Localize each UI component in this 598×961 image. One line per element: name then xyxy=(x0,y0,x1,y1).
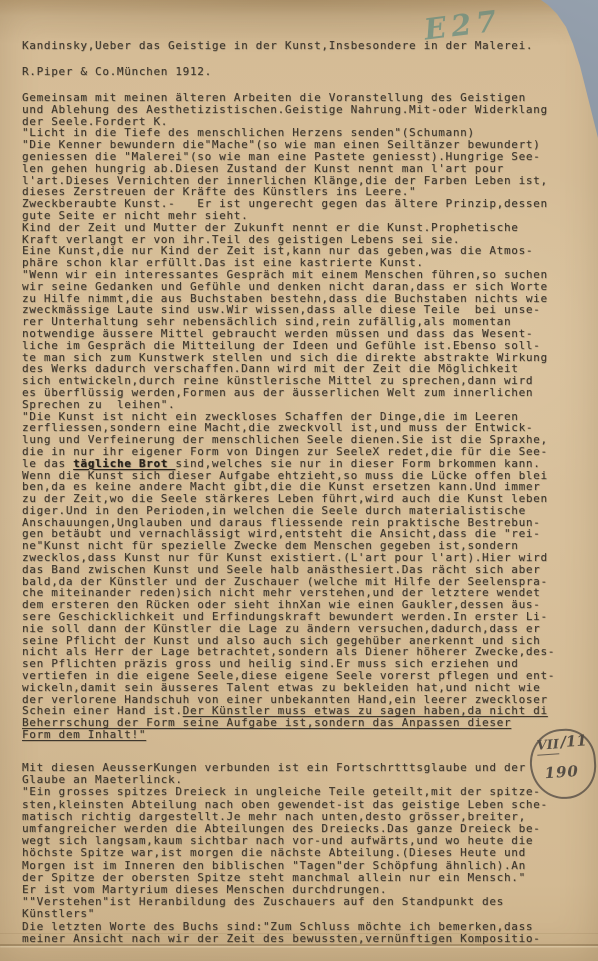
underlined-text: tägliche Brot xyxy=(73,457,175,470)
typewritten-line: gute Seite er nicht mehr sieht. xyxy=(22,210,555,222)
typewritten-line: notwendige äussere Mittel gebraucht werd… xyxy=(22,328,555,340)
text-segment: sind,welches sie nur in dieser Form brko… xyxy=(175,457,540,470)
typewritten-line: Sprechen zu leihen". xyxy=(22,399,555,411)
typewritten-line: Kind der Zeit und Mutter der Zukunft nen… xyxy=(22,222,555,234)
typewritten-line: le das tägliche Brot sind,welches sie nu… xyxy=(22,458,555,470)
body-paragraph-1: Gemeinsam mit meinen älteren Arbeiten di… xyxy=(22,92,555,741)
body-paragraph-2: Mit diesen AeusserKungen verbunden ist e… xyxy=(22,762,548,945)
imprint-line: R.Piper & Co.München 1912. xyxy=(22,66,212,78)
typewritten-line: "Ein grosses spitzes Dreieck in ungleich… xyxy=(22,786,548,798)
typewritten-line: höchste Spitze war,ist morgen die nächst… xyxy=(22,847,548,859)
typewritten-line: und Ablehung des Aesthetizistischen.Geis… xyxy=(22,104,555,116)
typewritten-line: das Band zwischen Kunst und Seele halb a… xyxy=(22,564,555,576)
typewritten-line: diger.Und in den Perioden,in welchen die… xyxy=(22,505,555,517)
typewritten-line: Form dem Inhalt!" xyxy=(22,729,555,741)
typewritten-line: "Wenn wir ein interessantes Gespräch mit… xyxy=(22,269,555,281)
typewritten-line: wir seine Gedanken und Gefühle und denke… xyxy=(22,281,555,293)
archive-numeral: VII xyxy=(536,737,559,756)
typewritten-line: liche im Gespräch die Mitteilung der Ide… xyxy=(22,340,555,352)
typewritten-line: Morgen ist im Inneren den biblischen "Ta… xyxy=(22,860,548,872)
document-page: E27 Kandinsky,Ueber das Geistige in der … xyxy=(0,0,598,961)
typewritten-line: Die letzten Worte des Buchs sind:"Zum Sc… xyxy=(22,921,548,933)
paper-crease xyxy=(0,944,598,946)
handwritten-archive-number: VII /11 190 xyxy=(528,727,598,801)
typewritten-line: ""Verstehen"ist Heranbildung des Zuschau… xyxy=(22,896,548,908)
paper-crease-faint xyxy=(0,933,598,934)
typewritten-line: Künstlers" xyxy=(22,908,548,920)
typewritten-line: len gehen hungrig ab.Diesen Zustand der … xyxy=(22,163,555,175)
text-segment: le das xyxy=(22,457,73,470)
typewritten-line: nie soll dann der Künstler die Lage zu ä… xyxy=(22,623,555,635)
document-title-line: Kandinsky,Ueber das Geistige in der Kuns… xyxy=(22,40,533,52)
typewritten-line: geniessen die "Malerei"(so wie man eine … xyxy=(22,151,555,163)
backing-surface: E27 Kandinsky,Ueber das Geistige in der … xyxy=(0,0,598,961)
typewritten-line: wickeln,damit sein äusseres Talent etwas… xyxy=(22,682,555,694)
typewritten-line: sten,kleinsten Abteilung nach oben gewen… xyxy=(22,799,548,811)
underlined-text: Form dem Inhalt!" xyxy=(22,728,146,741)
archive-number: 190 xyxy=(544,762,579,782)
archive-fraction: /11 xyxy=(560,731,588,751)
typewritten-line: es überflüssig werden,Formen aus der äus… xyxy=(22,387,555,399)
